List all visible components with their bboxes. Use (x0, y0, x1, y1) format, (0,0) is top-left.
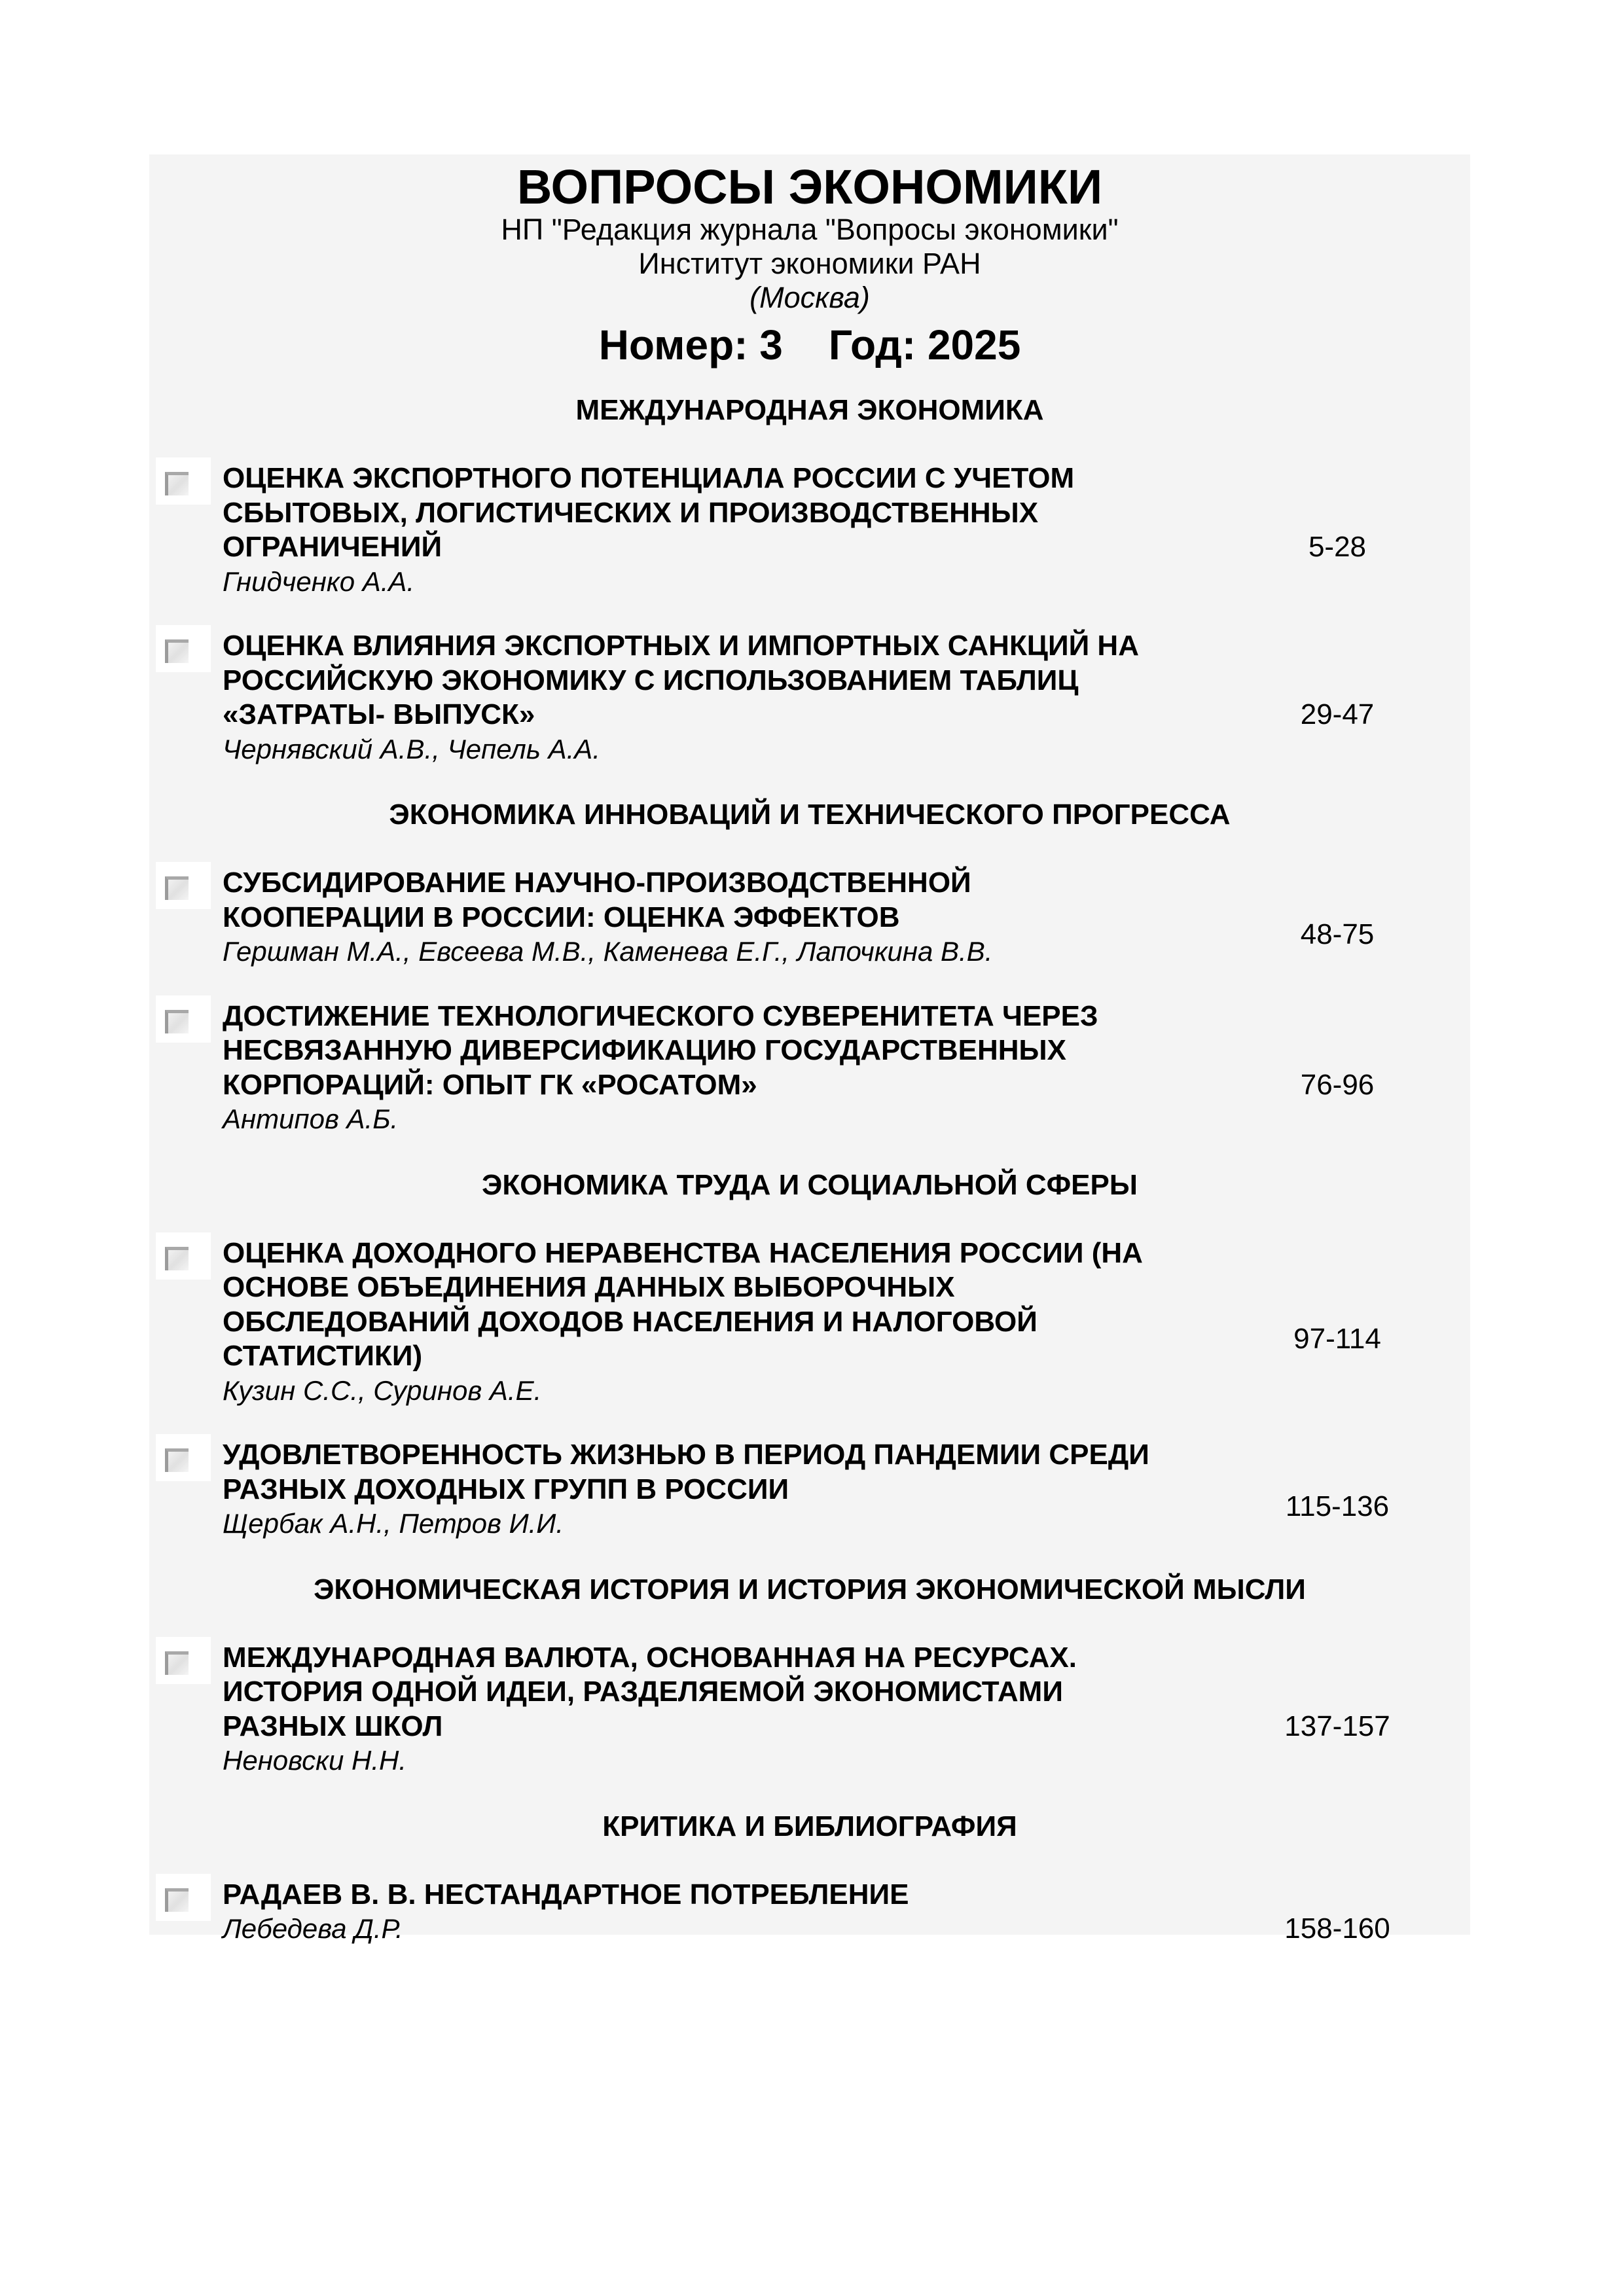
article-title-line: КОРПОРАЦИЙ: ОПЫТ ГК «РОСАТОМ» (223, 1068, 1204, 1103)
table-of-contents-panel: ВОПРОСЫ ЭКОНОМИКИ НП "Редакция журнала "… (149, 154, 1470, 1935)
article-pages: 158-160 (1269, 1912, 1406, 1946)
publisher-line: НП "Редакция журнала "Вопросы экономики" (149, 213, 1470, 246)
article-select-checkbox[interactable] (156, 625, 211, 672)
article-authors: Неновски Н.Н. (223, 1744, 406, 1778)
article-pages: 115-136 (1269, 1490, 1406, 1524)
article-title-link[interactable]: СУБСИДИРОВАНИЕ НАУЧНО-ПРОИЗВОДСТВЕННОЙКО… (223, 866, 1204, 935)
section-heading: ЭКОНОМИКА ИННОВАЦИЙ И ТЕХНИЧЕСКОГО ПРОГР… (149, 798, 1470, 832)
article-title-line: УДОВЛЕТВОРЕННОСТЬ ЖИЗНЬЮ В ПЕРИОД ПАНДЕМ… (223, 1438, 1204, 1473)
issue-line: Номер: 3Год: 2025 (149, 315, 1470, 374)
article-title-line: СТАТИСТИКИ) (223, 1339, 1204, 1374)
article-authors: Лебедева Д.Р. (223, 1912, 403, 1946)
article-title-line: МЕЖДУНАРОДНАЯ ВАЛЮТА, ОСНОВАННАЯ НА РЕСУ… (223, 1641, 1204, 1676)
article-title-link[interactable]: ОЦЕНКА ВЛИЯНИЯ ЭКСПОРТНЫХ И ИМПОРТНЫХ СА… (223, 629, 1204, 732)
article-title-link[interactable]: ОЦЕНКА ДОХОДНОГО НЕРАВЕНСТВА НАСЕЛЕНИЯ Р… (223, 1236, 1204, 1374)
article-title-line: СБЫТОВЫХ, ЛОГИСТИЧЕСКИХ И ПРОИЗВОДСТВЕНН… (223, 496, 1204, 531)
article-select-checkbox[interactable] (156, 996, 211, 1043)
article-title-line: ОЦЕНКА ДОХОДНОГО НЕРАВЕНСТВА НАСЕЛЕНИЯ Р… (223, 1236, 1204, 1271)
article-pages: 76-96 (1269, 1068, 1406, 1102)
article-title-link[interactable]: РАДАЕВ В. В. НЕСТАНДАРТНОЕ ПОТРЕБЛЕНИЕ (223, 1878, 1204, 1912)
article-title-line: ДОСТИЖЕНИЕ ТЕХНОЛОГИЧЕСКОГО СУВЕРЕНИТЕТА… (223, 999, 1204, 1034)
article-authors: Чернявский А.В., Чепель А.А. (223, 732, 600, 766)
broken-image-icon (165, 1448, 189, 1472)
section-heading: ЭКОНОМИЧЕСКАЯ ИСТОРИЯ И ИСТОРИЯ ЭКОНОМИЧ… (149, 1573, 1470, 1607)
journal-title: ВОПРОСЫ ЭКОНОМИКИ (149, 154, 1470, 220)
article-authors: Гнидченко А.А. (223, 565, 414, 599)
broken-image-icon (165, 876, 189, 900)
article-title-line: РОССИЙСКУЮ ЭКОНОМИКУ С ИСПОЛЬЗОВАНИЕМ ТА… (223, 664, 1204, 698)
article-title-line: ОСНОВЕ ОБЪЕДИНЕНИЯ ДАННЫХ ВЫБОРОЧНЫХ (223, 1270, 1204, 1305)
article-title-link[interactable]: МЕЖДУНАРОДНАЯ ВАЛЮТА, ОСНОВАННАЯ НА РЕСУ… (223, 1641, 1204, 1744)
article-title-line: НЕСВЯЗАННУЮ ДИВЕРСИФИКАЦИЮ ГОСУДАРСТВЕНН… (223, 1033, 1204, 1068)
article-title-line: СУБСИДИРОВАНИЕ НАУЧНО-ПРОИЗВОДСТВЕННОЙ (223, 866, 1204, 901)
article-title-line: ОЦЕНКА ВЛИЯНИЯ ЭКСПОРТНЫХ И ИМПОРТНЫХ СА… (223, 629, 1204, 664)
article-authors: Гершман М.А., Евсеева М.В., Каменева Е.Г… (223, 935, 992, 969)
broken-image-icon (165, 639, 189, 663)
issue-year: Год: 2025 (829, 315, 1020, 374)
broken-image-icon (165, 1247, 189, 1270)
article-title-line: РАЗНЫХ ШКОЛ (223, 1710, 1204, 1744)
article-title-link[interactable]: ДОСТИЖЕНИЕ ТЕХНОЛОГИЧЕСКОГО СУВЕРЕНИТЕТА… (223, 999, 1204, 1103)
article-authors: Щербак А.Н., Петров И.И. (223, 1507, 564, 1541)
article-title-line: «ЗАТРАТЫ- ВЫПУСК» (223, 698, 1204, 732)
broken-image-icon (165, 1010, 189, 1033)
article-title-link[interactable]: УДОВЛЕТВОРЕННОСТЬ ЖИЗНЬЮ В ПЕРИОД ПАНДЕМ… (223, 1438, 1204, 1507)
article-pages: 29-47 (1269, 698, 1406, 732)
section-heading: ЭКОНОМИКА ТРУДА И СОЦИАЛЬНОЙ СФЕРЫ (149, 1168, 1470, 1202)
institute-line: Институт экономики РАН (149, 247, 1470, 280)
article-title-line: РАЗНЫХ ДОХОДНЫХ ГРУПП В РОССИИ (223, 1473, 1204, 1507)
article-select-checkbox[interactable] (156, 1637, 211, 1684)
article-pages: 48-75 (1269, 918, 1406, 952)
article-pages: 137-157 (1269, 1710, 1406, 1744)
broken-image-icon (165, 1888, 189, 1912)
article-title-link[interactable]: ОЦЕНКА ЭКСПОРТНОГО ПОТЕНЦИАЛА РОССИИ С У… (223, 461, 1204, 565)
article-authors: Кузин С.С., Суринов А.Е. (223, 1374, 541, 1408)
article-select-checkbox[interactable] (156, 1874, 211, 1921)
issue-number: Номер: 3 (599, 315, 783, 374)
article-title-line: ОГРАНИЧЕНИЙ (223, 530, 1204, 565)
article-pages: 97-114 (1269, 1322, 1406, 1356)
broken-image-icon (165, 472, 189, 495)
article-pages: 5-28 (1269, 530, 1406, 564)
broken-image-icon (165, 1651, 189, 1675)
article-authors: Антипов А.Б. (223, 1102, 398, 1136)
section-heading: КРИТИКА И БИБЛИОГРАФИЯ (149, 1810, 1470, 1844)
article-title-line: РАДАЕВ В. В. НЕСТАНДАРТНОЕ ПОТРЕБЛЕНИЕ (223, 1878, 1204, 1912)
article-title-line: КООПЕРАЦИИ В РОССИИ: ОЦЕНКА ЭФФЕКТОВ (223, 901, 1204, 935)
city-line: (Москва) (149, 281, 1470, 314)
article-select-checkbox[interactable] (156, 457, 211, 505)
section-heading: МЕЖДУНАРОДНАЯ ЭКОНОМИКА (149, 393, 1470, 427)
article-title-line: ИСТОРИЯ ОДНОЙ ИДЕИ, РАЗДЕЛЯЕМОЙ ЭКОНОМИС… (223, 1675, 1204, 1710)
article-title-line: ОЦЕНКА ЭКСПОРТНОГО ПОТЕНЦИАЛА РОССИИ С У… (223, 461, 1204, 496)
article-title-line: ОБСЛЕДОВАНИЙ ДОХОДОВ НАСЕЛЕНИЯ И НАЛОГОВ… (223, 1305, 1204, 1340)
article-select-checkbox[interactable] (156, 862, 211, 909)
article-select-checkbox[interactable] (156, 1232, 211, 1280)
article-select-checkbox[interactable] (156, 1434, 211, 1481)
